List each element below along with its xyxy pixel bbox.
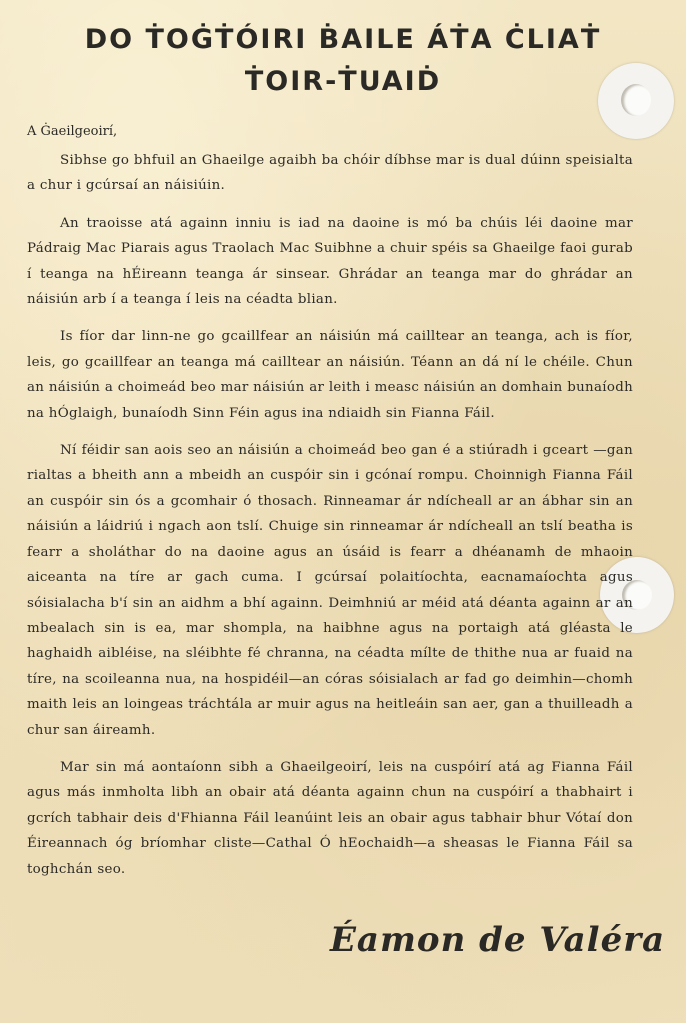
paragraph-2: An traoisse atá againn inniu is iad na d… — [27, 211, 633, 313]
paragraph-4: Ní féidir san aois seo an náisiún a choi… — [27, 438, 633, 743]
letter-body: Sibhse go bhfuil an Ghaeilge agaibh ba c… — [27, 148, 633, 894]
paragraph-3: Is fíor dar linn-ne go gcaillfear an nái… — [27, 324, 633, 426]
title-line-2: ṪOIR-ṪUAIḊ — [0, 66, 686, 97]
signature: Éamon de Valéra — [330, 920, 665, 960]
punch-hole — [621, 84, 651, 116]
hole-reinforcement-ring-top — [598, 63, 674, 139]
title-line-1: DO ṪOĠṪÓIRI ḂAILE ÁṪA ĊLIAṪ — [0, 24, 686, 55]
paragraph-5: Mar sin má aontaíonn sibh a Ghaeilgeoirí… — [27, 755, 633, 882]
salutation: A Ġaeilgeoirí, — [27, 124, 117, 139]
paragraph-1: Sibhse go bhfuil an Ghaeilge agaibh ba c… — [27, 148, 633, 199]
